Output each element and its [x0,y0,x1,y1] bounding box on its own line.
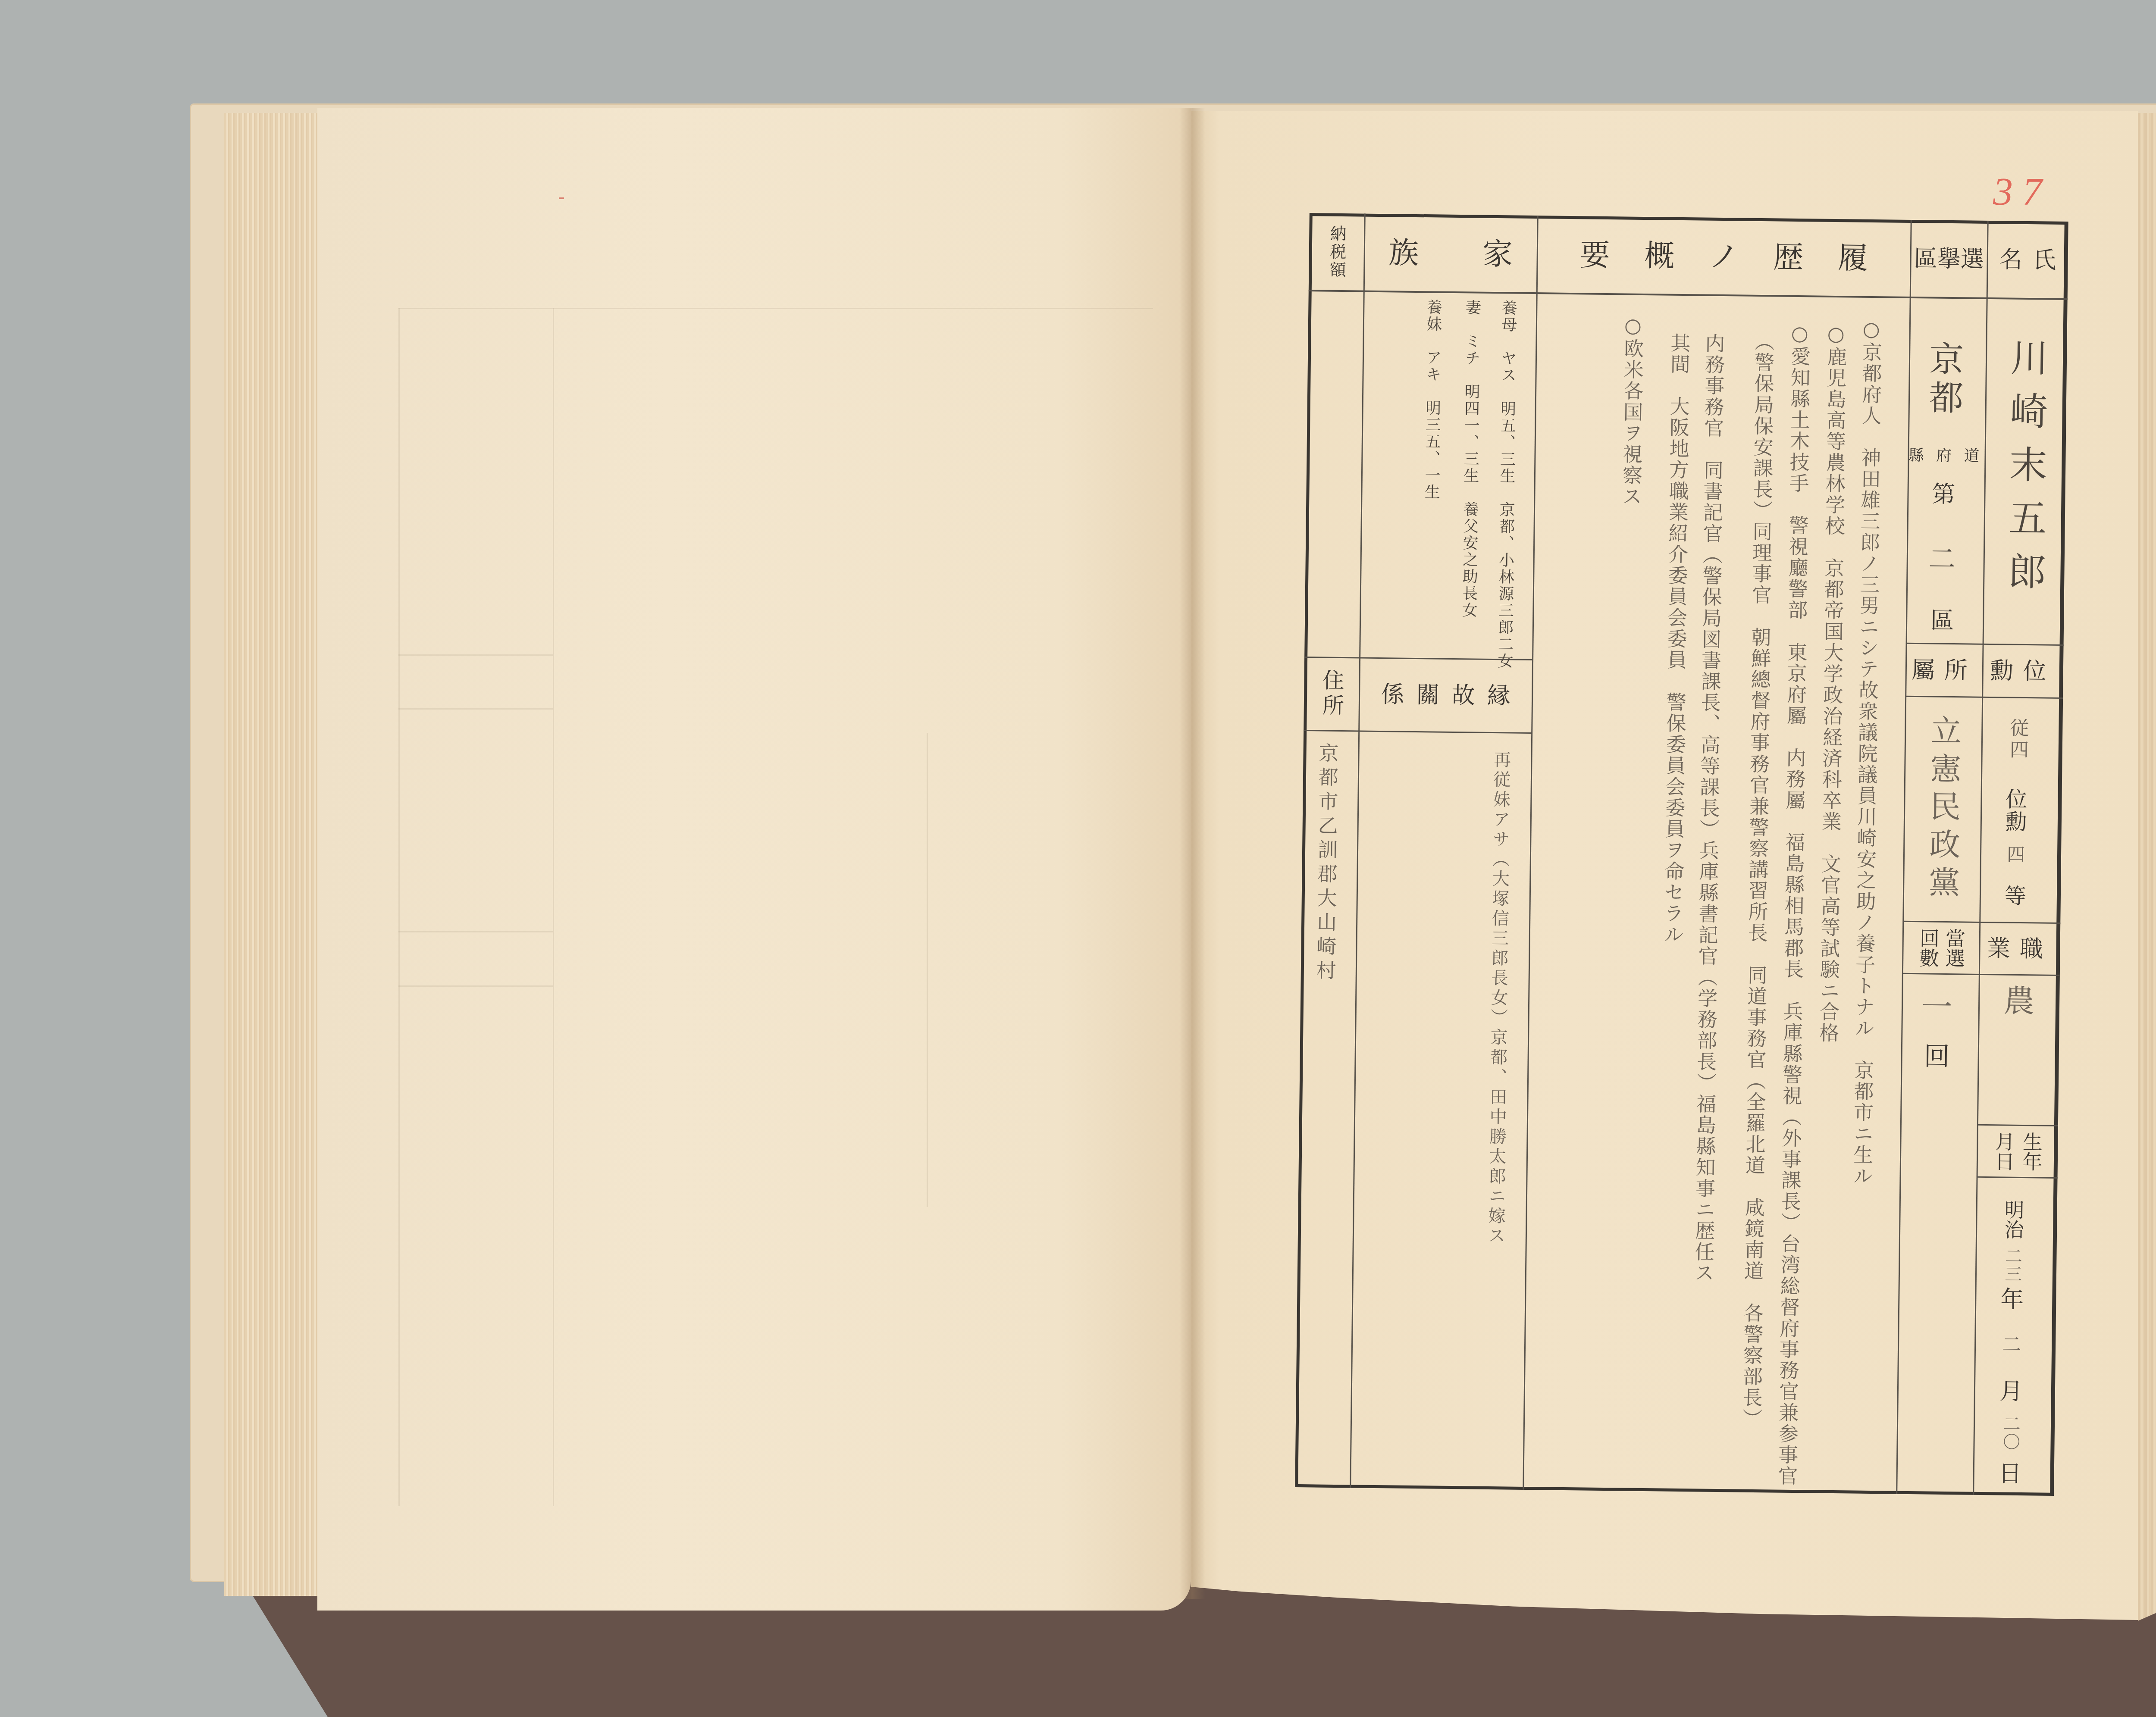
show-through-line [553,308,554,1506]
order-suffix: 等 [2005,885,2027,907]
birth-month: 二 [2002,1335,2021,1354]
birth-date-header-line: 生年 [2021,1131,2041,1171]
show-through-line [398,654,553,656]
birth-date-header-cell: 生年 月日 [1977,1125,2058,1178]
gutter-shadow [1179,108,1205,1599]
order-label: 勳 [2006,811,2028,833]
relations-header: 縁故關係 [1381,683,1510,707]
party-name: 立憲民政黨 [1926,714,1959,904]
show-through-line [927,733,928,1207]
district-prefecture-types: 道府縣 [1908,448,1979,464]
red-mark [559,197,564,199]
name-header: 氏名 [1999,248,2056,272]
order-class: 四 [2007,846,2025,864]
times-elected-unit: 回 [1924,1043,1950,1070]
tax-amount-value [1309,299,1360,653]
birth-era: 明治 [2003,1200,2023,1240]
show-through-line [398,308,1153,309]
party-header: 所屬 [1912,658,1977,682]
family-member-line: 妻 ミチ 明四一、三生 養父安之助長女 [1460,299,1479,619]
career-summary-header-cell: 履歴ノ概要 [1537,216,1911,297]
occupation-cell: 農 [1977,974,2060,1126]
left-page-edges [224,113,317,1596]
times-elected-header-line: 當選 [1944,928,1964,968]
birth-month-label: 月 [1999,1379,2023,1403]
address-value: 京都市乙訓郡大山崎村 [1315,742,1338,984]
family-header-cell: 家族 [1364,214,1538,294]
rank-cell: 従四 位 勳 四 等 [1980,697,2063,923]
court-rank: 従四 [2008,718,2027,761]
career-summary-header: 履歴ノ概要 [1579,240,1868,273]
tax-amount-header: 納税額 [1328,225,1345,279]
address-header: 住所 [1321,669,1343,719]
birth-date-header: 生年 月日 [1993,1131,2041,1171]
address-header-cell: 住所 [1304,657,1360,731]
occupation: 農 [2003,985,2035,1016]
district-prefecture: 京都 [1926,341,1961,419]
rank-header: 位勳 [1990,659,2056,683]
court-rank-label: 位 [2006,789,2028,811]
district-dai-label: 第 [1932,483,1955,507]
birth-date-cell: 明治 二三 年 二 月 二〇 日 [1973,1177,2057,1496]
electoral-district-header-cell: 選擧區 [1910,220,1988,298]
district-number: 二 [1928,545,1955,572]
page-number: 37 [1993,172,2052,211]
relations-header-cell: 縁故關係 [1359,657,1532,733]
birth-day: 二〇 [2001,1415,2019,1451]
party-cell: 立憲民政黨 [1903,696,1982,922]
birth-day-label: 日 [1998,1462,2022,1486]
times-elected-header-cell: 當選 回數 [1902,921,1980,974]
right-page-edges [2138,113,2156,1621]
show-through-line [398,931,553,932]
family-member-line: 養妹 アキ 明三五、一生 [1423,299,1441,500]
tax-amount-header-cell: 納税額 [1309,213,1365,291]
show-through-line [398,985,553,987]
occupation-header-cell: 職業 [1979,922,2060,975]
show-through-line [398,708,553,710]
rank-header-cell: 位勳 [1982,644,2063,698]
member-name: 川崎末五郎 [2005,338,2046,606]
name-header-cell: 氏名 [1987,221,2068,299]
member-record-form: 納税額 家族 履歴ノ概要 選擧區 氏名 川崎末五郎 京都 道府縣 第 二 區 所… [1295,213,2068,1496]
birth-date-header-line: 月日 [1993,1131,2014,1171]
left-page [317,108,1191,1611]
times-elected-header-line: 回數 [1918,928,1938,968]
electoral-district-cell: 京都 道府縣 第 二 區 [1906,297,1987,644]
district-ku-label: 區 [1930,609,1954,633]
family-member-line: 養母 ヤス 明五、三生 京都、小林源三郎二女 [1496,300,1516,669]
show-through-line [398,308,400,1506]
name-cell: 川崎末五郎 [1983,298,2068,645]
times-elected-cell: 一 回 [1896,973,1979,1495]
electoral-district-header: 選擧區 [1914,247,1984,271]
party-header-cell: 所屬 [1905,643,1983,697]
birth-year: 二三 [2003,1247,2021,1283]
family-header: 家族 [1388,238,1513,269]
times-elected-count: 一 [1921,991,1953,1023]
times-elected-header: 當選 回數 [1918,928,1964,968]
occupation-header: 職業 [1987,937,2053,961]
career-summary-line: ○欧米各国ヲ視察ス [1621,313,1643,507]
birth-year-label: 年 [2000,1288,2024,1311]
